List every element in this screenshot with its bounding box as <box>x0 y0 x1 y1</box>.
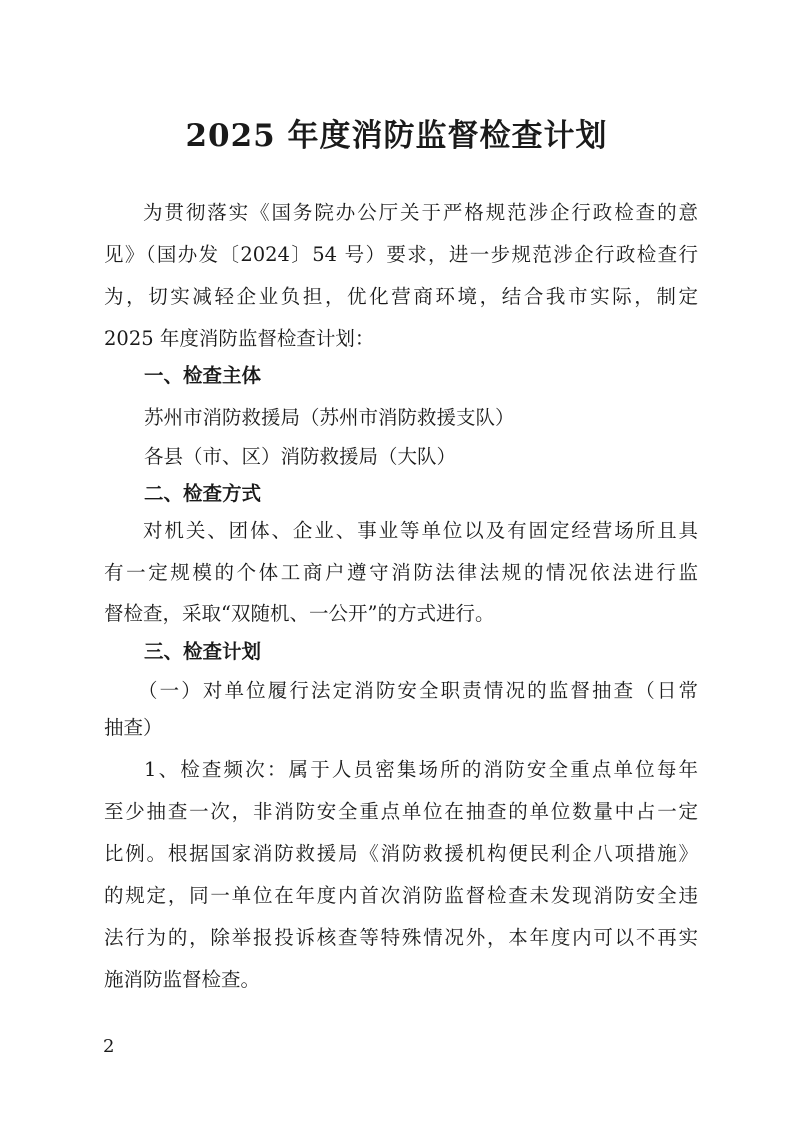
paragraph-line: 有一定规模的个体工商户遵守消防法律法规的情况依法进行监 <box>104 559 698 587</box>
paragraph-line: 对机关、团体、企业、事业等单位以及有固定经营场所且具 <box>104 517 698 545</box>
document-title: 2025 年度消防监督检查计划 <box>0 114 793 158</box>
paragraph-line: （一）对单位履行法定消防安全职责情况的监督抽查（日常 <box>104 677 698 705</box>
section-heading: 一、检查主体 <box>104 362 738 390</box>
paragraph-line: 1、检查频次：属于人员密集场所的消防安全重点单位每年 <box>104 756 698 784</box>
paragraph-line: 为，切实减轻企业负担，优化营商环境，结合我市实际，制定 <box>104 283 698 311</box>
paragraph-line: 施消防监督检查。 <box>104 966 698 994</box>
paragraph-line: 比例。根据国家消防救援局《消防救援机构便民利企八项措施》 <box>104 840 698 868</box>
page-number: 2 <box>103 1036 114 1057</box>
paragraph-line: 见》（国办发〔2024〕54 号）要求，进一步规范涉企行政检查行 <box>104 241 698 269</box>
paragraph-line: 为贯彻落实《国务院办公厅关于严格规范涉企行政检查的意 <box>104 199 698 227</box>
paragraph-line: 督检查，采取“双随机、一公开”的方式进行。 <box>104 600 698 628</box>
section-heading: 三、检查计划 <box>104 638 738 666</box>
paragraph-line: 法行为的，除举报投诉核查等特殊情况外，本年度内可以不再实 <box>104 924 698 952</box>
section-heading: 二、检查方式 <box>104 480 738 508</box>
paragraph-line: 的规定，同一单位在年度内首次消防监督检查未发现消防安全违 <box>104 882 698 910</box>
paragraph-line: 抽查） <box>104 714 698 742</box>
paragraph-line: 各县（市、区）消防救援局（大队） <box>104 443 738 471</box>
paragraph-line: 2025 年度消防监督检查计划： <box>104 325 698 353</box>
paragraph-line: 苏州市消防救援局（苏州市消防救援支队） <box>104 404 738 432</box>
paragraph-line: 至少抽查一次，非消防安全重点单位在抽查的单位数量中占一定 <box>104 798 698 826</box>
